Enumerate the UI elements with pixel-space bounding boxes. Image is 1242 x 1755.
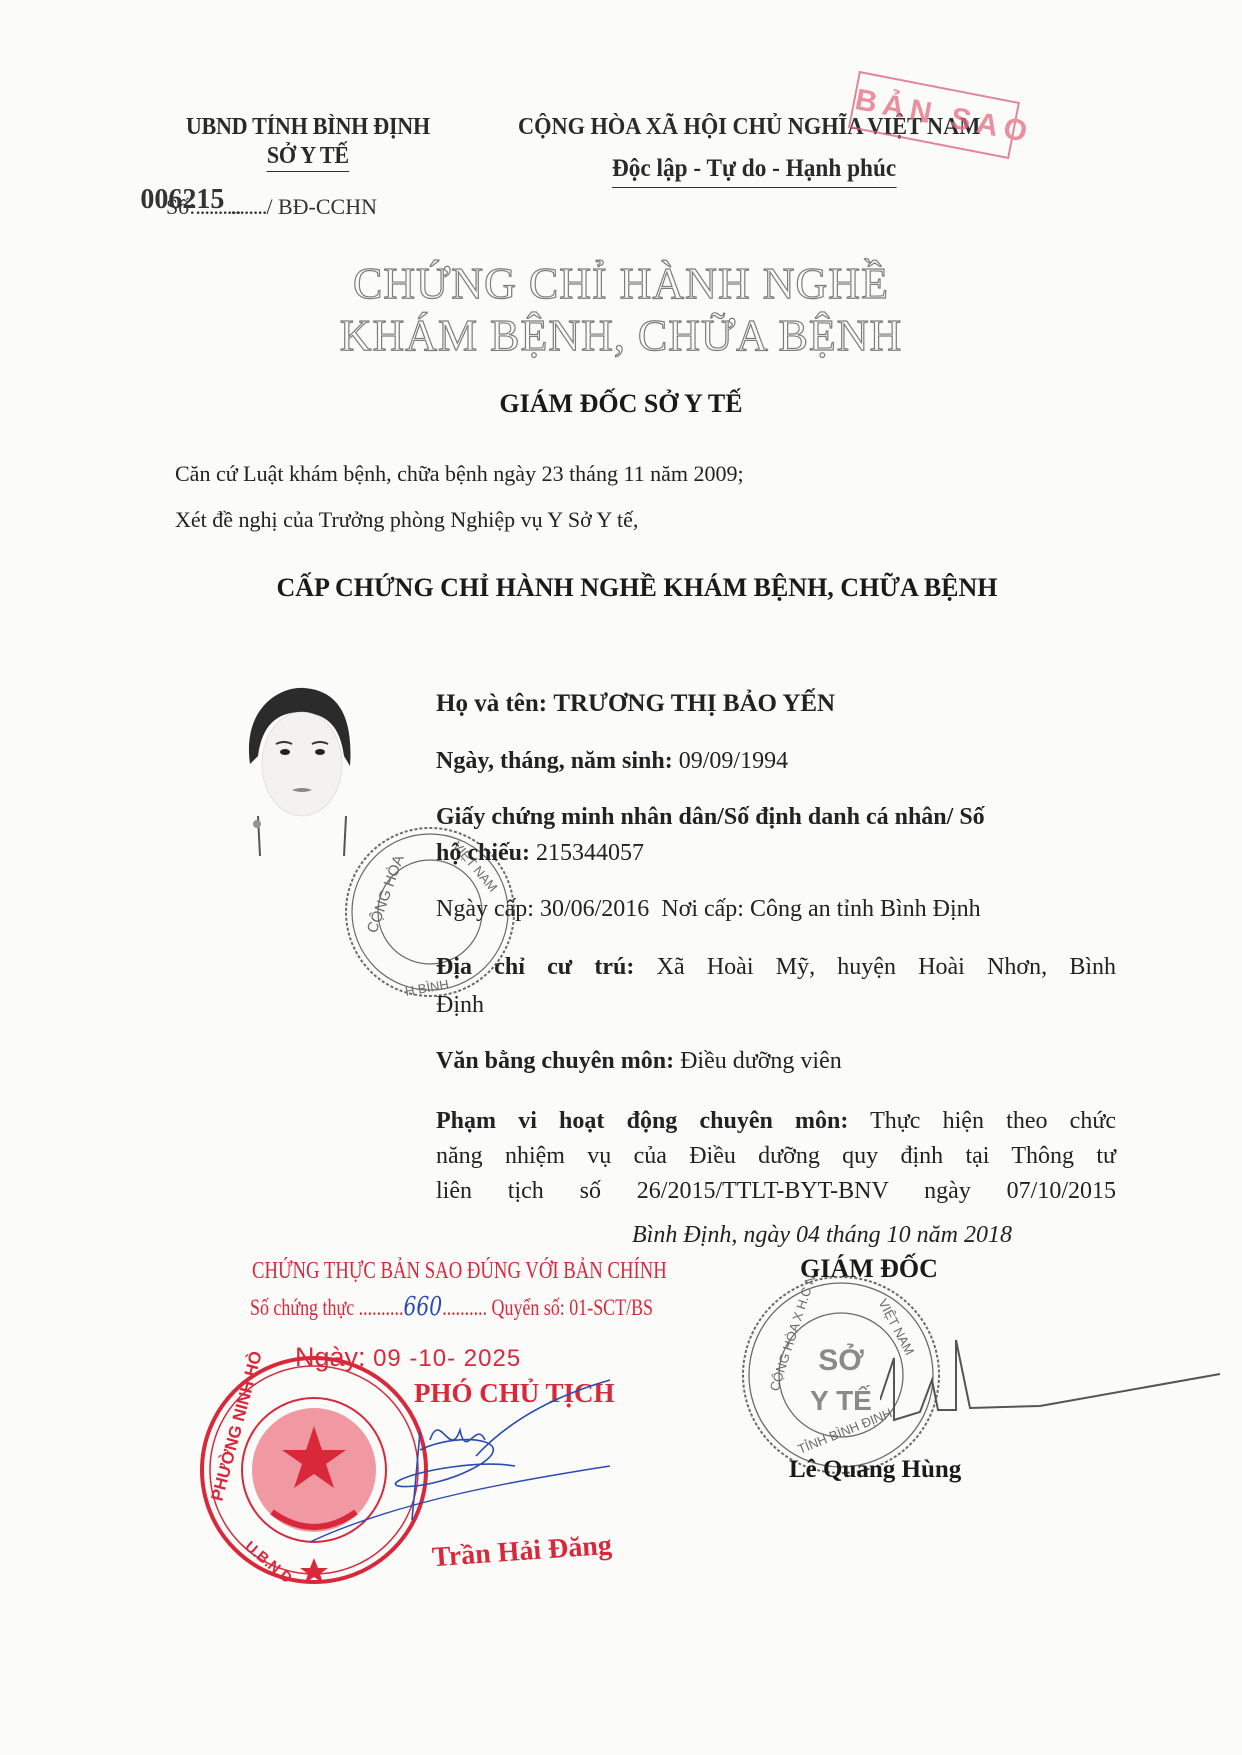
document-number: Số:..........006215......../ BĐ-CCHN [166,190,377,222]
dob-value: 09/09/1994 [679,748,788,774]
practice-scope: Phạm vi hoạt động chuyên môn: Thực hiện … [436,1104,1116,1209]
svg-text:SỞ: SỞ [818,1343,864,1377]
svg-text:CỘNG HÒA: CỘNG HÒA [364,853,408,936]
national-motto: Độc lập - Tự do - Hạnh phúc [612,155,896,188]
issue-place-date: Bình Định, ngày 04 tháng 10 năm 2018 [632,1222,1012,1249]
number-suffix: / BĐ-CCHN [266,194,377,219]
issue-place-value: Công an tỉnh Bình Định [750,896,981,922]
issue-date-value: 30/06/2016 [540,896,649,922]
certificate-title-line1: CHỨNG CHỈ HÀNH NGHỀ [0,258,1242,309]
certification-date: Ngày: 09 -10- 2025 [295,1342,521,1373]
certification-number: Số chứng thực ..........660.......... Qu… [250,1292,653,1322]
certification-book: Quyển số: 01-SCT/BS [492,1295,653,1320]
id-value: 215344057 [536,840,644,866]
degree-value: Điều dưỡng viên [680,1048,842,1074]
copy-stamp: BẢN SAO [848,71,1020,159]
degree-label: Văn bằng chuyên môn: [436,1048,674,1074]
certification-number-value: 660 [403,1292,442,1322]
svg-text:CỘNG HÒA X H.C N: CỘNG HÒA X H.C N [767,1273,819,1393]
id-issue-info: Ngày cấp: 30/06/2016 Nơi cấp: Công an tỉ… [436,896,981,923]
certifier-signature [280,1370,640,1550]
certificate-title-line2: KHÁM BỆNH, CHỮA BỆNH [0,310,1242,361]
decision-heading: CẤP CHỨNG CHỈ HÀNH NGHỀ KHÁM BỆNH, CHỮA … [0,573,1242,603]
director-name: Lê Quang Hùng [789,1456,961,1484]
certification-date-label: Ngày: [295,1342,366,1372]
holder-name: Họ và tên: TRƯƠNG THỊ BẢO YẾN [436,690,835,718]
name-label: Họ và tên: [436,690,547,717]
address-value-line1: Xã Hoài Mỹ, huyện Hoài Nhơn, Bình [657,954,1116,980]
issue-date-label: Ngày cấp: [436,896,534,922]
name-value: TRƯƠNG THỊ BẢO YẾN [553,690,835,717]
address-label: Địa chỉ cư trú: [436,954,634,980]
issuer-heading: GIÁM ĐỐC SỞ Y TẾ [0,389,1242,419]
holder-id-label: Giấy chứng minh nhân dân/Số định danh cá… [436,804,985,831]
dob-label: Ngày, tháng, năm sinh: [436,748,673,774]
issuing-agency: UBND TỈNH BÌNH ĐỊNH SỞ Y TẾ [168,114,448,172]
svg-text:Y TẾ: Y TẾ [810,1385,872,1416]
director-signature [880,1310,1230,1430]
certification-date-value: 09 -10- 2025 [373,1345,521,1372]
number-value: 006215 [140,184,224,215]
holder-dob: Ngày, tháng, năm sinh: 09/09/1994 [436,748,788,775]
agency-department: SỞ Y TẾ [267,143,349,172]
agency-province: UBND TỈNH BÌNH ĐỊNH [168,114,448,141]
legal-basis: Căn cứ Luật khám bệnh, chữa bệnh ngày 23… [175,461,744,487]
proposal-basis: Xét đề nghị của Trưởng phòng Nghiệp vụ Y… [175,507,638,533]
holder-id: hộ chiếu: 215344057 [436,840,644,867]
holder-address: Địa chỉ cư trú: Xã Hoài Mỹ, huyện Hoài N… [436,954,1116,981]
holder-address-cont: Định [436,992,484,1019]
issue-place-label: Nơi cấp: [661,896,744,922]
scope-label: Phạm vi hoạt động chuyên môn: [436,1108,848,1134]
holder-degree: Văn bằng chuyên môn: Điều dưỡng viên [436,1048,842,1075]
certification-heading: CHỨNG THỰC BẢN SAO ĐÚNG VỚI BẢN CHÍNH [252,1258,667,1285]
